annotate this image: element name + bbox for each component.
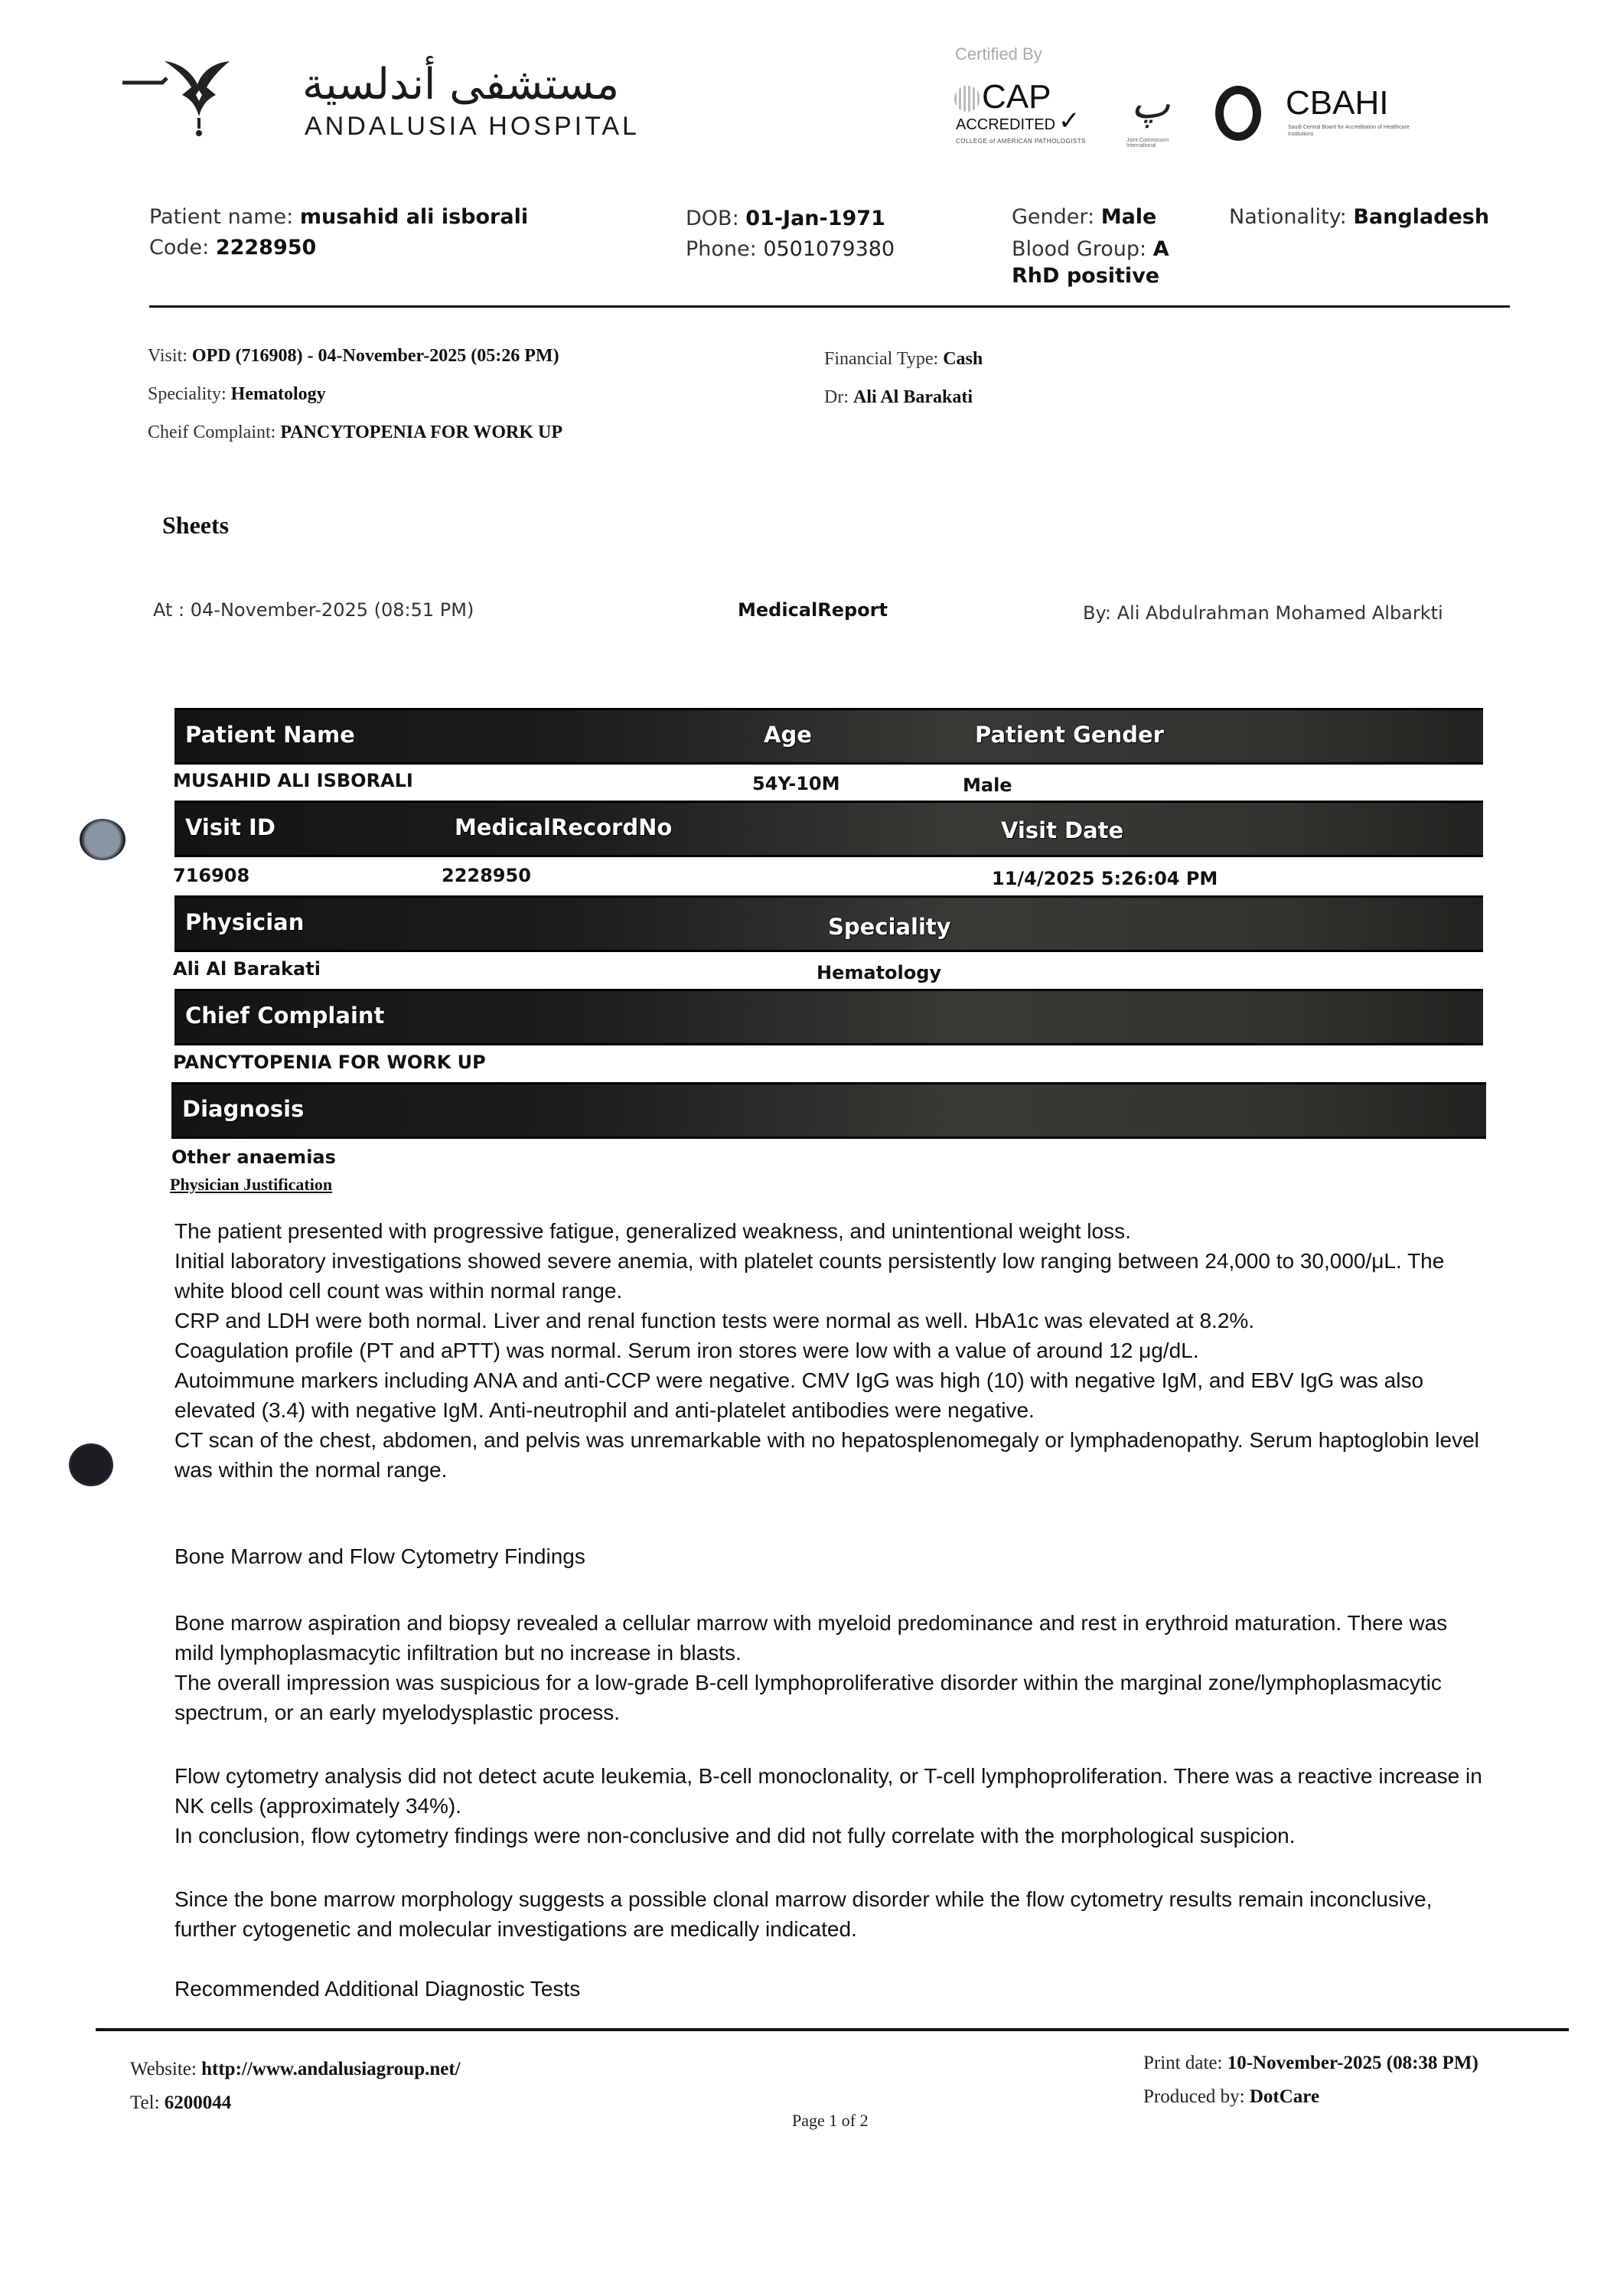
doctor-value: Ali Al Barakati — [853, 387, 973, 407]
cap-title: CAP — [982, 78, 1051, 116]
checkmark-icon: ✓ — [1058, 106, 1081, 136]
header-age: Age — [764, 722, 812, 748]
flow-paragraph: Flow cytometry analysis did not detect a… — [174, 1761, 1491, 1821]
patient-name-field: Patient name: musahid ali isborali — [149, 205, 528, 229]
jci-caption: Joint Commission International — [1126, 138, 1194, 148]
value-chief-complaint: PANCYTOPENIA FOR WORK UP — [173, 1052, 486, 1073]
header-row-physician: Physician Speciality — [174, 895, 1483, 952]
justification-paragraph: Initial laboratory investigations showed… — [174, 1246, 1491, 1306]
header-medical-record-no: MedicalRecordNo — [455, 814, 672, 840]
financial-value: Cash — [943, 349, 983, 369]
speciality-field: Speciality: Hematology — [148, 384, 326, 405]
website-label: Website: — [130, 2059, 197, 2079]
header-row-patient: Patient Name Age Patient Gender — [174, 708, 1483, 765]
phone-field: Phone: 0501079380 — [686, 237, 895, 261]
blood-rh-field: RhD positive — [1012, 264, 1159, 288]
cap-subtitle: ACCREDITED — [956, 116, 1055, 134]
value-age: 54Y-10M — [752, 773, 840, 794]
value-medical-record-no: 2228950 — [442, 865, 531, 886]
visit-field: Visit: OPD (716908) - 04-November-2025 (… — [148, 346, 559, 367]
doctor-field: Dr: Ali Al Barakati — [824, 387, 973, 408]
page-number: Page 1 of 2 — [792, 2111, 869, 2131]
patient-name-value: musahid ali isborali — [300, 205, 528, 229]
justification-text: The patient presented with progressive f… — [174, 1216, 1491, 1485]
value-physician: Ali Al Barakati — [173, 958, 321, 980]
header-diagnosis: Diagnosis — [182, 1096, 304, 1122]
blood-group-value: A — [1153, 237, 1169, 261]
nationality-label: Nationality: — [1229, 205, 1347, 229]
hospital-name-arabic: مستشفى أندلسية — [302, 60, 619, 109]
header-divider — [149, 305, 1510, 308]
bone-marrow-paragraph: The overall impression was suspicious fo… — [174, 1668, 1491, 1727]
value-visit-date: 11/4/2025 5:26:04 PM — [992, 868, 1218, 889]
cap-caption: COLLEGE of AMERICAN PATHOLOGISTS — [956, 138, 1086, 145]
produced-by-label: Produced by: — [1143, 2086, 1245, 2107]
complaint-label: Cheif Complaint: — [148, 422, 275, 442]
sheet-type: MedicalReport — [738, 599, 888, 621]
blood-rh-value: RhD positive — [1012, 264, 1159, 288]
hospital-logo-icon — [122, 55, 253, 139]
value-diagnosis: Other anaemias — [171, 1146, 336, 1168]
phone-value: 0501079380 — [763, 237, 895, 261]
cap-accredited-logo: CAP ACCREDITED ✓ COLLEGE of AMERICAN PAT… — [953, 80, 1106, 153]
tel-field: Tel: 6200044 — [130, 2092, 231, 2114]
complaint-field: Cheif Complaint: PANCYTOPENIA FOR WORK U… — [148, 422, 562, 443]
header-patient-gender: Patient Gender — [975, 722, 1164, 748]
value-gender: Male — [963, 775, 1012, 796]
value-visit-id: 716908 — [173, 865, 249, 886]
bone-marrow-paragraph: Bone marrow aspiration and biopsy reveal… — [174, 1608, 1491, 1668]
jci-figure-icon: ﭖ — [1131, 80, 1170, 128]
hospital-name-english: ANDALUSIA HOSPITAL — [305, 112, 640, 142]
website-field: Website: http://www.andalusiagroup.net/ — [130, 2059, 461, 2080]
print-date-field: Print date: 10-November-2025 (08:38 PM) — [1143, 2053, 1478, 2074]
dob-field: DOB: 01-Jan-1971 — [686, 207, 885, 230]
cap-globe-icon — [954, 86, 980, 112]
header-speciality: Speciality — [828, 914, 951, 940]
gender-label: Gender: — [1012, 205, 1094, 229]
value-speciality: Hematology — [817, 962, 941, 983]
tel-label: Tel: — [130, 2092, 160, 2113]
print-date-label: Print date: — [1143, 2053, 1222, 2073]
speciality-label: Speciality: — [148, 384, 227, 404]
bone-marrow-heading: Bone Marrow and Flow Cytometry Findings — [174, 1544, 585, 1569]
footer-divider — [96, 2028, 1569, 2031]
doctor-label: Dr: — [824, 387, 849, 407]
patient-code-value: 2228950 — [216, 236, 317, 259]
visit-value: OPD (716908) - 04-November-2025 (05:26 P… — [192, 346, 559, 366]
header-row-chief-complaint: Chief Complaint — [174, 989, 1483, 1045]
tel-value: 6200044 — [165, 2092, 232, 2113]
gender-field: Gender: Male — [1012, 205, 1156, 229]
recommended-tests-heading: Recommended Additional Diagnostic Tests — [174, 1977, 580, 2001]
header-visit-date: Visit Date — [1001, 817, 1123, 843]
punch-hole-icon — [80, 819, 126, 860]
produced-by-field: Produced by: DotCare — [1143, 2086, 1319, 2108]
cbahi-ring-icon — [1215, 86, 1261, 141]
physician-justification-title: Physician Justification — [170, 1175, 332, 1195]
conclusion-paragraph: Since the bone marrow morphology suggest… — [174, 1884, 1491, 1944]
speciality-value: Hematology — [231, 384, 326, 404]
visit-label: Visit: — [148, 346, 187, 366]
justification-paragraph: CT scan of the chest, abdomen, and pelvi… — [174, 1425, 1491, 1485]
justification-paragraph: Autoimmune markers including ANA and ant… — [174, 1365, 1491, 1425]
justification-paragraph: CRP and LDH were both normal. Liver and … — [174, 1306, 1491, 1336]
blood-group-field: Blood Group: A — [1012, 237, 1169, 261]
certified-by-label: Certified By — [955, 44, 1042, 64]
complaint-value: PANCYTOPENIA FOR WORK UP — [280, 422, 562, 442]
patient-code-label: Code: — [149, 236, 209, 259]
print-date-value: 10-November-2025 (08:38 PM) — [1227, 2053, 1478, 2073]
nationality-field: Nationality: Bangladesh — [1229, 205, 1489, 229]
header-physician: Physician — [185, 909, 304, 935]
sheet-author: By: Ali Abdulrahman Mohamed Albarkti — [1083, 602, 1443, 624]
flow-paragraph: In conclusion, flow cytometry findings w… — [174, 1821, 1491, 1851]
nationality-value: Bangladesh — [1353, 205, 1489, 229]
cbahi-caption: Saudi Central Board for Accreditation of… — [1288, 124, 1410, 138]
financial-label: Financial Type: — [824, 349, 938, 369]
justification-paragraph: The patient presented with progressive f… — [174, 1216, 1491, 1246]
value-patient-name: MUSAHID ALI ISBORALI — [173, 770, 413, 791]
header-visit-id: Visit ID — [185, 814, 275, 840]
justification-paragraph: Coagulation profile (PT and aPTT) was no… — [174, 1336, 1491, 1365]
dob-label: DOB: — [686, 207, 739, 230]
patient-code-field: Code: 2228950 — [149, 236, 316, 259]
produced-by-value: DotCare — [1250, 2086, 1319, 2107]
header-patient-name: Patient Name — [185, 722, 355, 748]
jci-logo: ﭖ Joint Commission International — [1125, 80, 1194, 153]
dob-value: 01-Jan-1971 — [745, 207, 885, 230]
gender-value: Male — [1101, 205, 1157, 229]
header-row-visit: Visit ID MedicalRecordNo Visit Date — [174, 801, 1483, 857]
patient-name-label: Patient name: — [149, 205, 293, 229]
financial-field: Financial Type: Cash — [824, 349, 983, 370]
cbahi-title: CBAHI — [1286, 84, 1388, 122]
header-chief-complaint: Chief Complaint — [185, 1003, 384, 1029]
phone-label: Phone: — [686, 237, 757, 261]
header-row-diagnosis: Diagnosis — [171, 1082, 1486, 1139]
conclusion-text: Since the bone marrow morphology suggest… — [174, 1884, 1491, 1944]
blood-group-label: Blood Group: — [1012, 237, 1146, 261]
flow-cytometry-text: Flow cytometry analysis did not detect a… — [174, 1761, 1491, 1851]
bone-marrow-text: Bone marrow aspiration and biopsy reveal… — [174, 1608, 1491, 1727]
sheet-timestamp: At : 04-November-2025 (08:51 PM) — [153, 599, 474, 621]
punch-hole-icon — [69, 1443, 113, 1486]
sheets-title: Sheets — [162, 511, 229, 540]
website-link[interactable]: http://www.andalusiagroup.net/ — [201, 2059, 461, 2079]
